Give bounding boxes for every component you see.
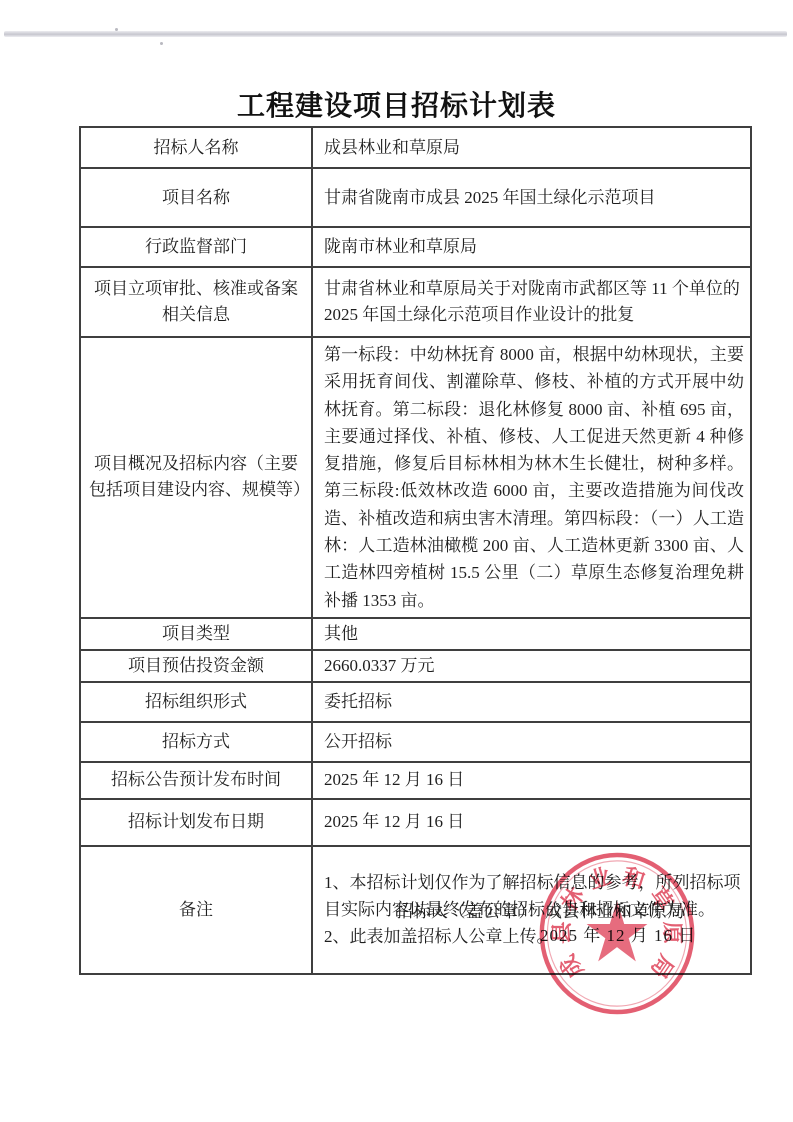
row-label: 招标公告预计发布时间 [80,762,312,799]
table-row: 行政监督部门 陇南市林业和草原局 [80,227,751,267]
page-title: 工程建设项目招标计划表 [0,84,793,124]
row-value: 2025 年 12 月 16 日 [312,762,751,799]
row-label: 招标人名称 [80,127,312,168]
row-value: 其他 [312,618,751,650]
table-row: 项目预估投资金额 2660.0337 万元 [80,650,751,682]
signature-line: 招标人（盖公章）：成县林业和草原局 [396,897,685,922]
row-label: 招标组织形式 [80,682,312,722]
row-label: 项目预估投资金额 [80,650,312,682]
row-value: 陇南市林业和草原局 [312,227,751,267]
row-label: 招标计划发布日期 [80,799,312,846]
table-row: 招标人名称 成县林业和草原局 [80,127,751,168]
bid-plan-table: 招标人名称 成县林业和草原局 项目名称 甘肃省陇南市成县 2025 年国土绿化示… [79,126,752,975]
table-row: 招标组织形式 委托招标 [80,682,751,722]
scan-speck [115,28,118,31]
scanned-document-page: 工程建设项目招标计划表 招标人名称 成县林业和草原局 项目名称 甘肃省陇南市成县… [0,0,793,1122]
row-value: 2660.0337 万元 [312,650,751,682]
row-label: 备注 [80,846,312,974]
row-label: 项目立项审批、核准或备案相关信息 [80,267,312,337]
table-row: 招标方式 公开招标 [80,722,751,762]
table-row: 招标计划发布日期 2025 年 12 月 16 日 [80,799,751,846]
row-value: 2025 年 12 月 16 日 [312,799,751,846]
row-label: 项目类型 [80,618,312,650]
row-value: 第一标段：中幼林抚育 8000 亩，根据中幼林现状，主要采用抚育间伐、割灌除草、… [312,337,751,618]
scan-edge-line [4,31,787,37]
row-label: 招标方式 [80,722,312,762]
row-label: 行政监督部门 [80,227,312,267]
table-row: 项目立项审批、核准或备案相关信息 甘肃省林业和草原局关于对陇南市武都区等 11 … [80,267,751,337]
table-row: 项目概况及招标内容（主要包括项目建设内容、规模等） 第一标段：中幼林抚育 800… [80,337,751,618]
scan-speck [160,42,163,45]
table-row: 招标公告预计发布时间 2025 年 12 月 16 日 [80,762,751,799]
row-value: 成县林业和草原局 [312,127,751,168]
row-value: 甘肃省陇南市成县 2025 年国土绿化示范项目 [312,168,751,227]
row-label: 项目概况及招标内容（主要包括项目建设内容、规模等） [80,337,312,618]
table-row: 项目名称 甘肃省陇南市成县 2025 年国土绿化示范项目 [80,168,751,227]
row-value: 公开招标 [312,722,751,762]
row-label: 项目名称 [80,168,312,227]
row-value: 委托招标 [312,682,751,722]
table-row: 项目类型 其他 [80,618,751,650]
row-value: 甘肃省林业和草原局关于对陇南市武都区等 11 个单位的 2025 年国土绿化示范… [312,267,751,337]
signature-date: 2025 年 12 月 16 日 [540,921,696,946]
